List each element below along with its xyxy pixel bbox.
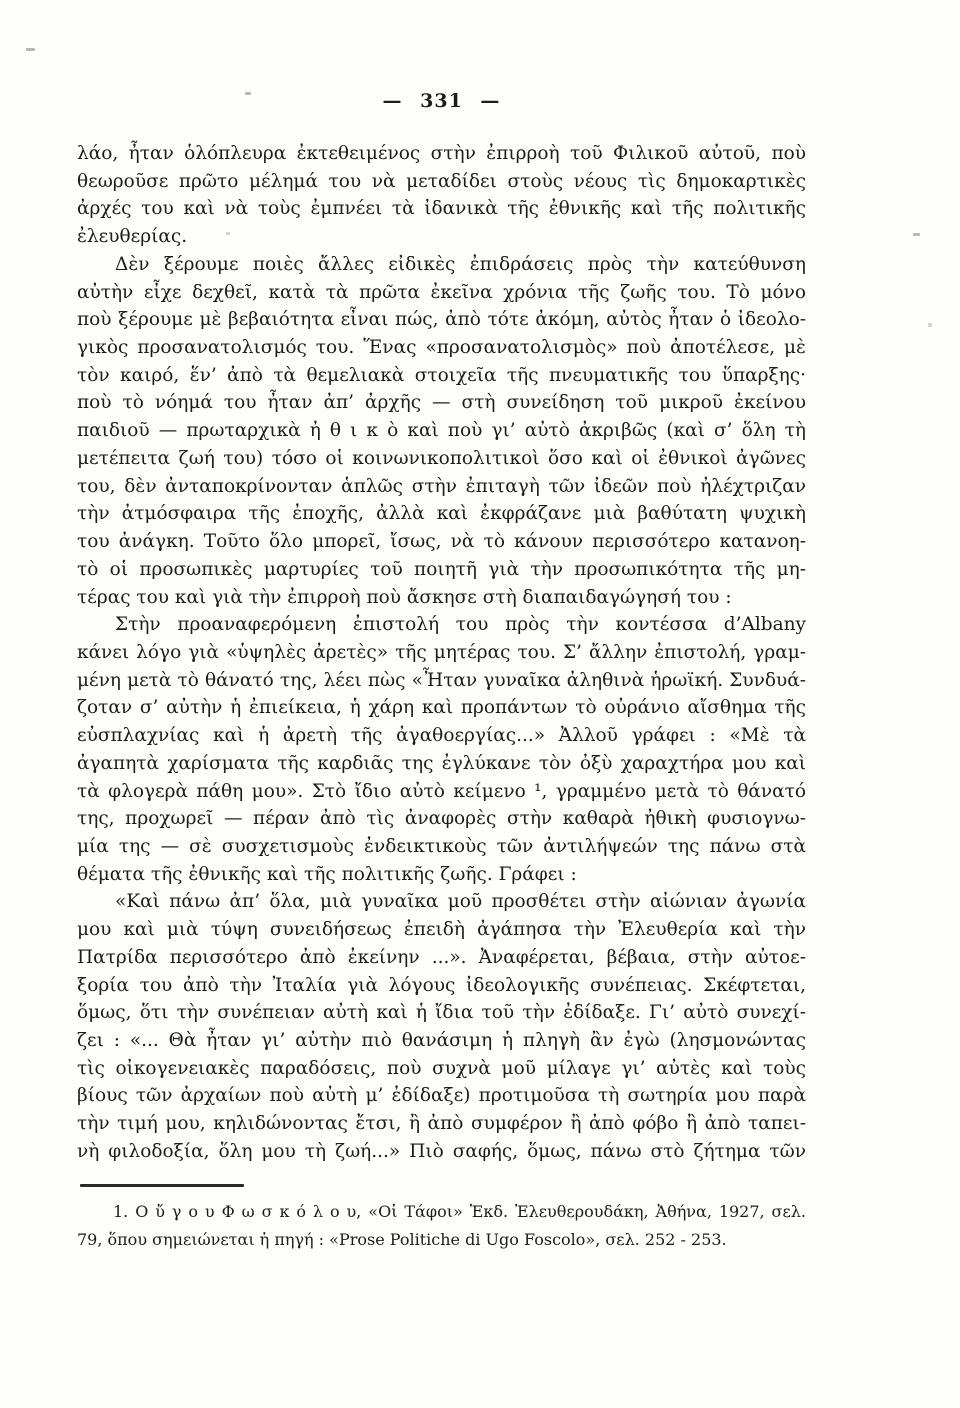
body-line: Πατρίδα περισσότερο ἀπὸ ἐκείνην ...». Ἀν… <box>77 944 806 972</box>
body-line: της, προχωρεῖ — πέραν ἀπὸ τὶς ἀναφορὲς σ… <box>77 805 806 833</box>
scan-speck <box>913 233 920 236</box>
body-line: μετέπειτα ζωή του) τόσο οἱ κοινωνικοπολι… <box>77 445 806 473</box>
body-line: ὅμως, ὅτι τὴν συνέπειαν αὐτὴ καὶ ἡ ἴδια … <box>77 999 806 1027</box>
scan-speck <box>245 92 251 95</box>
scan-speck <box>226 232 230 235</box>
body-line: Δὲν ξέρουμε ποιὲς ἄλλες εἰδικὲς ἐπιδράσε… <box>77 251 806 279</box>
body-line: τὴν τιμή μου, κηλιδώνοντας ἔτσι, ἢ ἀπὸ σ… <box>77 1110 806 1138</box>
body-line: του, δὲν ἀνταποκρίνονταν ἁπλῶς στὴν ἐπιτ… <box>77 473 806 501</box>
body-line: ἐλευθερίας. <box>77 223 806 251</box>
body-line: παιδιοῦ — πρωταρχικὰ ἠ θ ι κ ὸ καὶ ποὺ γ… <box>77 417 806 445</box>
body-line: μένη μετὰ τὸ θάνατό της, λέει πὼς «Ἦταν … <box>77 667 806 695</box>
body-line: Στὴν προαναφερόμενη ἐπιστολή του πρὸς τὴ… <box>77 611 806 639</box>
body-line: νὴ φιλοδοξία, ὅλη μου τὴ ζωή...» Πιὸ σαφ… <box>77 1138 806 1166</box>
body-line: μου καὶ μιὰ τύψη συνειδήσεως ἐπειδὴ ἀγάπ… <box>77 916 806 944</box>
body-line: αὐτὴν εἶχε δεχθεῖ, κατὰ τὰ πρῶτα ἐκεῖνα … <box>77 279 806 307</box>
body-line: τὶς οἰκογενειακὲς παραδόσεις, ποὺ συχνὰ … <box>77 1055 806 1083</box>
body-line: τὴν ἀτμόσφαιρα τῆς ἐποχῆς, ἀλλὰ καὶ ἐκφρ… <box>77 500 806 528</box>
scan-speck <box>26 48 35 51</box>
body-line: θέματα τῆς ἐθνικῆς καὶ τῆς πολιτικῆς ζωῆ… <box>77 861 806 889</box>
body-line: βίους τῶν ἀρχαίων ποὺ αὐτὴ μ’ ἐδίδαξε) π… <box>77 1082 806 1110</box>
body-line: εὐσπλαχνίας καὶ ἡ ἀρετὴ τῆς ἀγαθοεργίας.… <box>77 722 806 750</box>
body-line: ποὺ τὸ νόημά του ἦταν ἀπ’ ἀρχῆς — στὴ συ… <box>77 389 806 417</box>
body-line: ἀρχές του καὶ νὰ τοὺς ἐμπνέει τὰ ἰδανικὰ… <box>77 195 806 223</box>
body-line: μία της — σὲ συσχετισμοὺς ἐνδεικτικοὺς τ… <box>77 833 806 861</box>
body-line: τὰ φλογερὰ πάθη μου». Στὸ ἴδιο αὐτὸ κείμ… <box>77 778 806 806</box>
scanned-page: — 331 — λάο, ἦταν ὁλόπλευρα ἐκτεθειμένος… <box>0 0 960 1408</box>
footnote-line: 1. Ο ὔ γ ο υ Φ ω σ κ ό λ ο υ, «Οἱ Τάφοι»… <box>77 1198 806 1226</box>
body-line: του ἀνάγκη. Τοῦτο ὅλο μπορεῖ, ἴσως, νὰ τ… <box>77 528 806 556</box>
body-line: «Καὶ πάνω ἀπ’ ὅλα, μιὰ γυναῖκα μοῦ προσθ… <box>77 888 806 916</box>
body-line: τὸ οἱ προσωπικὲς μαρτυρίες τοῦ ποιητῆ γι… <box>77 556 806 584</box>
footnote: 1. Ο ὔ γ ο υ Φ ω σ κ ό λ ο υ, «Οἱ Τάφοι»… <box>77 1198 806 1254</box>
body-line: ζοταν σ’ αὐτὴν ἡ ἐπιείκεια, ἡ χάρη καὶ π… <box>77 694 806 722</box>
body-line: ἀγαπητὰ χαρίσματα τῆς καρδιᾶς της ἐγλύκα… <box>77 750 806 778</box>
footnote-separator <box>80 1184 244 1187</box>
body-line: ξορία του ἀπὸ τὴν Ἰταλία γιὰ λόγους ἰδεο… <box>77 972 806 1000</box>
footnote-line: 79, ὅπου σημειώνεται ἡ πηγή : «Prose Pol… <box>77 1226 806 1254</box>
body-line: θεωροῦσε πρῶτο μέλημά του νὰ μεταδίδει σ… <box>77 168 806 196</box>
body-line: ποὺ ξέρουμε μὲ βεβαιότητα εἶναι πώς, ἀπὸ… <box>77 306 806 334</box>
body-line: ζει : «... Θὰ ἦταν γι’ αὐτὴν πιὸ θανάσιμ… <box>77 1027 806 1055</box>
scan-speck <box>928 323 932 327</box>
body-line: τὸν καιρό, ἕν’ ἀπὸ τὰ θεμελιακὰ στοιχεῖα… <box>77 362 806 390</box>
body-line: λάο, ἦταν ὁλόπλευρα ἐκτεθειμένος στὴν ἐπ… <box>77 140 806 168</box>
body-line: κάνει λόγο γιὰ «ὑψηλὲς ἀρετὲς» τῆς μητέρ… <box>77 639 806 667</box>
page-number: — 331 — <box>77 90 806 112</box>
body-text: λάο, ἦταν ὁλόπλευρα ἐκτεθειμένος στὴν ἐπ… <box>77 140 806 1166</box>
body-line: τέρας του καὶ γιὰ τὴν ἐπιρροὴ ποὺ ἄσκησε… <box>77 584 806 612</box>
body-line: γικὸς προσανατολισμός του. Ἕνας «προσανα… <box>77 334 806 362</box>
